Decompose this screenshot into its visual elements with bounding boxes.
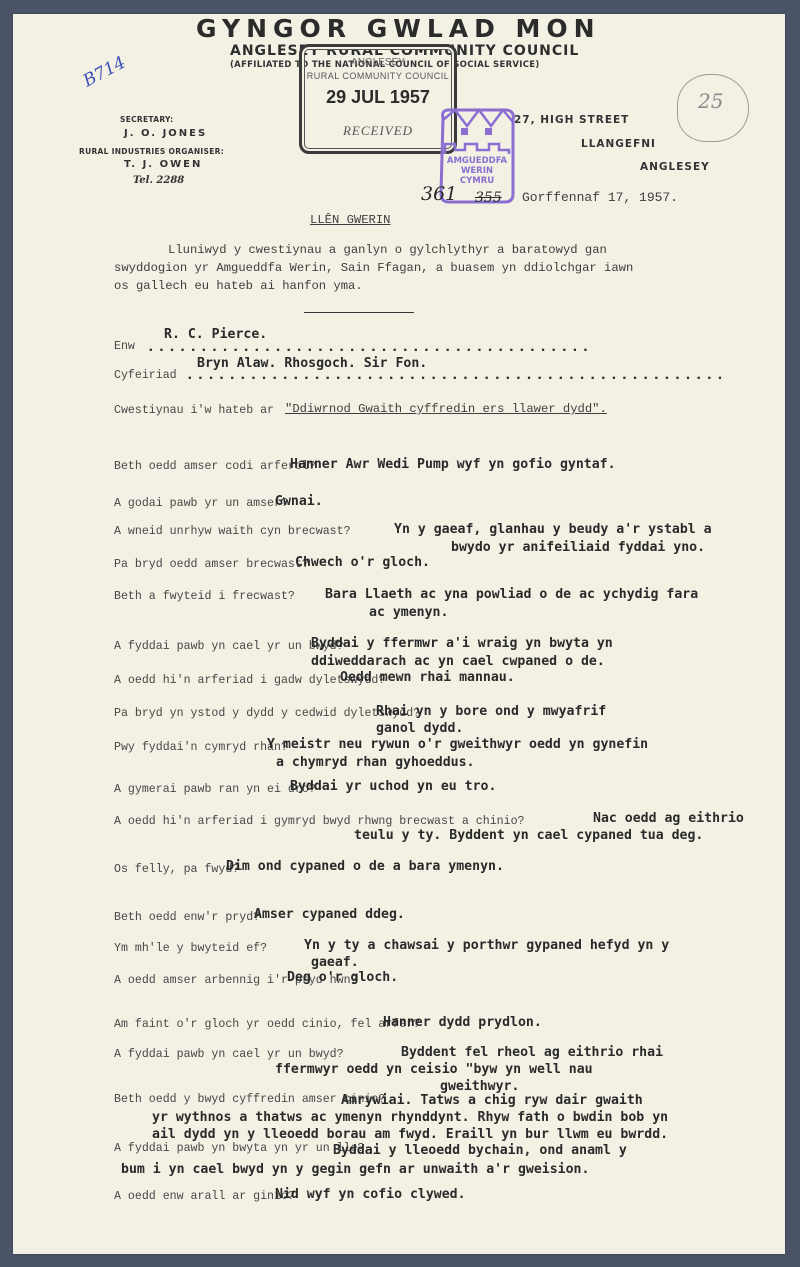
address-label: Cyfeiriad [114, 369, 177, 382]
divider [304, 312, 414, 313]
question-16: Am faint o'r gloch yr oedd cinio, fel ar… [114, 1018, 420, 1031]
received-stamp-line2: RURAL COMMUNITY COUNCIL [302, 71, 454, 81]
answer-5-line-1: Bara Llaeth ac yna powliad o de ac ychyd… [325, 586, 698, 604]
address-line-2: LLANGEFNI [581, 138, 656, 150]
answer-15: Deg o'r gloch. [287, 969, 398, 987]
answer-11-line-1: Nac oedd ag eithrio [593, 810, 744, 828]
question-8: Pa bryd yn ystod y dydd y cedwid dyletsw… [114, 707, 420, 720]
topic: "Ddiwrnod Gwaith cyffredin ers llawer dy… [285, 402, 607, 416]
answer-3-line-2: bwydo yr anifeiliaid fyddai yno. [451, 539, 705, 557]
question-3: A wneid unrhyw waith cyn brecwast? [114, 525, 351, 538]
museum-stamp-line1: AMGUEDDFA [437, 156, 517, 166]
answer-1: Hanner Awr Wedi Pump wyf yn gofio gyntaf… [290, 456, 616, 474]
answer-10: Byddai yr uchod yn eu tro. [290, 778, 496, 796]
struck-reference-number: 355 [475, 190, 502, 206]
question-6: A fyddai pawb yn cael yr un bwyd? [114, 640, 344, 653]
question-2: A godai pawb yr un amser? [114, 497, 288, 510]
answer-19-line-1: Byddai y lleoedd bychain, ond anaml y [333, 1142, 627, 1160]
answer-9-line-1: Y meistr neu rywun o'r gweithwyr oedd yn… [267, 736, 648, 754]
answer-2: Gwnai. [275, 493, 323, 511]
answer-5-line-2: ac ymenyn. [369, 604, 448, 622]
heading: LLÊN GWERIN [310, 213, 390, 227]
answer-19-line-2: bum i yn cael bwyd yn y gegin gefn ar un… [121, 1161, 589, 1179]
name-label: Enw [114, 340, 135, 353]
telephone: Tel. 2288 [133, 175, 184, 186]
question-12: Os felly, pa fwyd? [114, 863, 239, 876]
intro-line-2: swyddogion yr Amgueddfa Werin, Sain Ffag… [114, 261, 633, 275]
address-line-3: ANGLESEY [640, 161, 710, 173]
question-20: A oedd enw arall ar ginio? [114, 1190, 295, 1203]
answer-9-line-2: a chymryd rhan gyhoeddus. [276, 754, 475, 772]
question-1: Beth oedd amser codi arferol? [114, 460, 316, 473]
question-13: Beth oedd enw'r pryd? [114, 911, 260, 924]
reference-number: 361 [421, 183, 457, 205]
circled-number-text: 25 [698, 89, 723, 113]
answer-18-line-2: yr wythnos a thatws ac ymenyn rhynddynt.… [152, 1109, 668, 1127]
received-stamp-date: 29 JUL 1957 [302, 87, 454, 108]
received-stamp: ANGLESEY RURAL COMMUNITY COUNCIL 29 JUL … [299, 44, 457, 154]
organiser-name: T. J. OWEN [124, 159, 202, 170]
received-stamp-line1: ANGLESEY [302, 57, 454, 68]
question-9: Pwy fyddai'n cymryd rhan? [114, 741, 288, 754]
answer-8-line-1: Rhai yn y bore ond y mwyafrif [376, 703, 606, 721]
museum-stamp-line2: WERIN [437, 166, 517, 176]
secretary-label: SECRETARY: [120, 115, 173, 124]
question-19: A fyddai pawb yn bwyta yn yr un lle? [114, 1142, 364, 1155]
address-line-1: 27, HIGH STREET [514, 114, 629, 126]
question-4: Pa bryd oedd amser brecwast? [114, 558, 309, 571]
organiser-label: RURAL INDUSTRIES ORGANISER: [79, 147, 224, 156]
answer-3-line-1: Yn y gaeaf, glanhau y beudy a'r ystabl a [394, 521, 712, 539]
secretary-name: J. O. JONES [124, 128, 207, 139]
answer-20: Nid wyf yn cofio clywed. [275, 1186, 466, 1204]
topic-prefix: Cwestiynau i'w hateb ar [114, 404, 274, 417]
intro-line-3: os gallech eu hateb ai hanfon yma. [114, 279, 363, 293]
answer-17-line-1: Byddent fel rheol ag eithrio rhai [401, 1044, 663, 1062]
answer-4: Chwech o'r gloch. [295, 554, 430, 572]
question-10: A gymerai pawb ran yn ei dro? [114, 783, 316, 796]
name-value: R. C. Pierce. [164, 326, 267, 344]
answer-11-line-2: teulu y ty. Byddent yn cael cypaned tua … [354, 827, 703, 845]
received-stamp-status: RECEIVED [302, 123, 454, 139]
question-17: A fyddai pawb yn cael yr un bwyd? [114, 1048, 344, 1061]
letterhead-title: GYNGOR GWLAD MON [196, 14, 601, 43]
answer-17-line-2: ffermwyr oedd yn ceisio "byw yn well nau [275, 1061, 593, 1079]
question-5: Beth a fwyteid i frecwast? [114, 590, 295, 603]
circled-number: 25 [677, 74, 749, 142]
answer-8-line-2-text: ganol dydd. [376, 721, 463, 736]
answer-12: Dim ond cypaned o de a bara ymenyn. [226, 858, 504, 876]
answer-18-line-1: Amrywiai. Tatws a chig ryw dair gwaith [341, 1092, 643, 1110]
intro-line-1: Lluniwyd y cwestiynau a ganlyn o gylchly… [168, 243, 607, 257]
museum-stamp-text: AMGUEDDFA WERIN CYMRU [437, 156, 517, 186]
answer-13: Amser cypaned ddeg. [254, 906, 405, 924]
answer-16: Hanner dydd prydlon. [383, 1014, 542, 1032]
answer-14-line-1: Yn y ty a chawsai y porthwr gypaned hefy… [304, 937, 669, 955]
answer-7: Oedd mewn rhai mannau. [340, 669, 515, 687]
address-value: Bryn Alaw. Rhosgoch. Sir Fon. [197, 355, 427, 373]
date-line: Gorffennaf 17, 1957. [522, 190, 678, 205]
question-14: Ym mh'le y bwyteid ef? [114, 942, 267, 955]
answer-6-line-1: Byddai y ffermwr a'i wraig yn bwyta yn [311, 635, 613, 653]
